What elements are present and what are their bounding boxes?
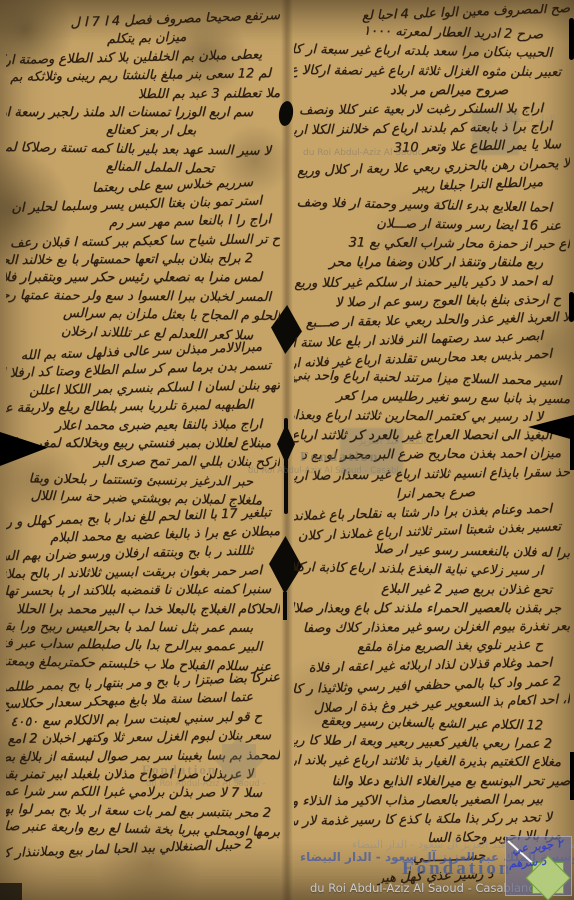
torn-edge <box>569 18 574 60</box>
star-icon <box>222 744 256 778</box>
manuscript-line: الحلاكام الغبلاج بالبعلا خدا ب البير محم… <box>6 601 280 619</box>
ink-blot <box>283 592 287 620</box>
torn-edge <box>570 438 574 470</box>
manuscript-line: البغيذ الى انحصلا العراج غير بالعرد كر ث… <box>294 426 570 445</box>
manuscript-line: ملا تعطلنم 3 عبد بم اللطلا <box>6 85 280 105</box>
manuscript-line: اراج مبلاذ بالنقا بعيم ضبرى محمد اعلار <box>6 416 280 436</box>
manuscript-line: مبنلاع لعللان بمبر فنستي ربيع وبخلالكه ل… <box>6 435 280 453</box>
manuscript-line: جر بقذن بالعصير الحمراء ملذند كل باع وبع… <box>294 599 570 618</box>
manuscript-line: سم اربع الوزرا تمسنات الد ملنذ رلجبر رسع… <box>6 104 280 122</box>
manuscript-line: ار سير زلاعي نباية البغذع بلذند ارباع كا… <box>294 558 570 581</box>
manuscript-line: لم 12 سعى بنر مبلغ بالنشتا ريم ريبنى وثل… <box>6 65 280 87</box>
torn-edge <box>569 292 574 322</box>
right-page: صح المصروف معين الوا على 4 احبا لعصرح 2 … <box>294 4 570 896</box>
manuscript-line: صير تحر البونسع بع ميرالغلاء الذايع دعلا… <box>294 772 570 791</box>
manuscript-line: سنبرا كمنه عبللان نا قنمضبه بللاكند ار ب… <box>6 581 280 601</box>
manuscript-line: ربع ملنقار وتنقذ ار كلان وضفا مرايا محر <box>294 253 570 272</box>
manuscript-line: تحع غذلان بربع صير 2 غير البلاع <box>294 579 570 600</box>
manuscript-line: تعبير بنلن مثوه الغزال ثلاثة ارباع غير ن… <box>294 61 570 82</box>
manuscript-line: مغلاع الكغتيم بذيرة الغيار بذ ثلاثند ارب… <box>294 751 570 772</box>
manuscript-line: اع حبر از حمزة محار شراب العكي بع 31 <box>294 233 570 254</box>
manuscript-line: الطبهبه لمبرة تلرريا بسر بلطالع ريلع ولا… <box>6 396 280 418</box>
torn-edge <box>570 752 574 800</box>
torn-edge <box>0 883 22 900</box>
manuscript-line: لا اد رسير بي كعتمر المحارين ثلاثند اربا… <box>294 406 570 427</box>
stamp-scribble: د سرهم <box>509 855 547 871</box>
manuscript-line: صروح ميرالص مر بلاد <box>294 81 570 100</box>
manuscript-line: الحبيب بنكان مرا سعد بلدته ارباع غير سبع… <box>294 40 570 63</box>
manuscript-line: ميزان احمد بغذن محاريح ضرع البر محمر لو … <box>294 444 570 465</box>
manuscript-scan: سرتفع صحيحا مصروف فصل 4 ا 7 ا لميزان بم … <box>0 0 574 900</box>
manuscript-line: لمس منرا به نصعلي رئيس حكر سير وبتقبرار … <box>6 269 280 287</box>
manuscript-line: 2 برلح بنلان ببلي اتعها حمستهار با بع خل… <box>6 250 280 270</box>
